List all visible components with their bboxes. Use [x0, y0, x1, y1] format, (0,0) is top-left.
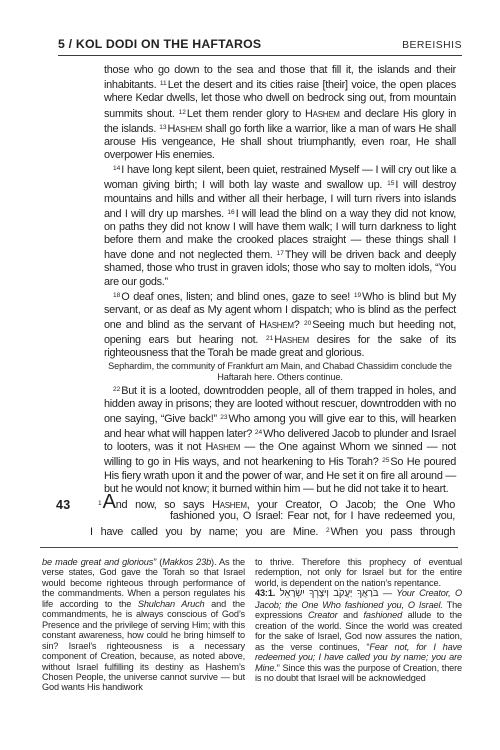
translation-paragraph-4: 22But it is a looted, downtrodden people… — [104, 383, 456, 496]
book-page: 5 / KOL DODI ON THE HAFTAROS BEREISHIS t… — [0, 0, 500, 750]
running-head: 5 / KOL DODI ON THE HAFTAROS BEREISHIS — [58, 37, 462, 56]
parsha-name: BEREISHIS — [402, 40, 462, 51]
chapter-opening-line-2: fashioned you, O Israel: Fear not, for I… — [90, 510, 455, 523]
commentary-divider-rule — [40, 547, 458, 548]
translation-paragraph-3: 18O deaf ones, listen; and blind ones, g… — [104, 289, 456, 361]
commentary-right-column: to thrive. Therefore this prophecy of ev… — [255, 557, 462, 693]
page-number-and-title: 5 / KOL DODI ON THE HAFTAROS — [58, 37, 261, 51]
chapter-number: 43 — [56, 498, 71, 512]
chapter-opening-line-3: I have called you by name; you are Mine.… — [90, 524, 455, 537]
translation-paragraph-1: those who go down to the sea and those t… — [104, 64, 456, 162]
haftarah-custom-note: Sephardim, the community of Frankfurt am… — [104, 361, 456, 383]
commentary-paragraph: be made great and glorious” (Makkos 23b)… — [42, 557, 245, 693]
translation-paragraph-2: 14I have long kept silent, been quiet, r… — [104, 162, 456, 289]
commentary-section: be made great and glorious” (Makkos 23b)… — [42, 557, 462, 693]
chapter-43-opening: 1And now, so says Hashem, your Creator, … — [90, 497, 455, 537]
commentary-paragraph: to thrive. Therefore this prophecy of ev… — [255, 557, 462, 588]
translation-column: those who go down to the sea and those t… — [104, 64, 456, 496]
commentary-left-column: be made great and glorious” (Makkos 23b)… — [42, 557, 245, 693]
commentary-verse-43-1: 43:1. בֹּרַאֲךָ יַעֲקֹב וְיֹצֶרְךָ יִשְׂ… — [255, 588, 462, 683]
chapter-opening-line-1: 1And now, so says Hashem, your Creator, … — [90, 497, 455, 510]
